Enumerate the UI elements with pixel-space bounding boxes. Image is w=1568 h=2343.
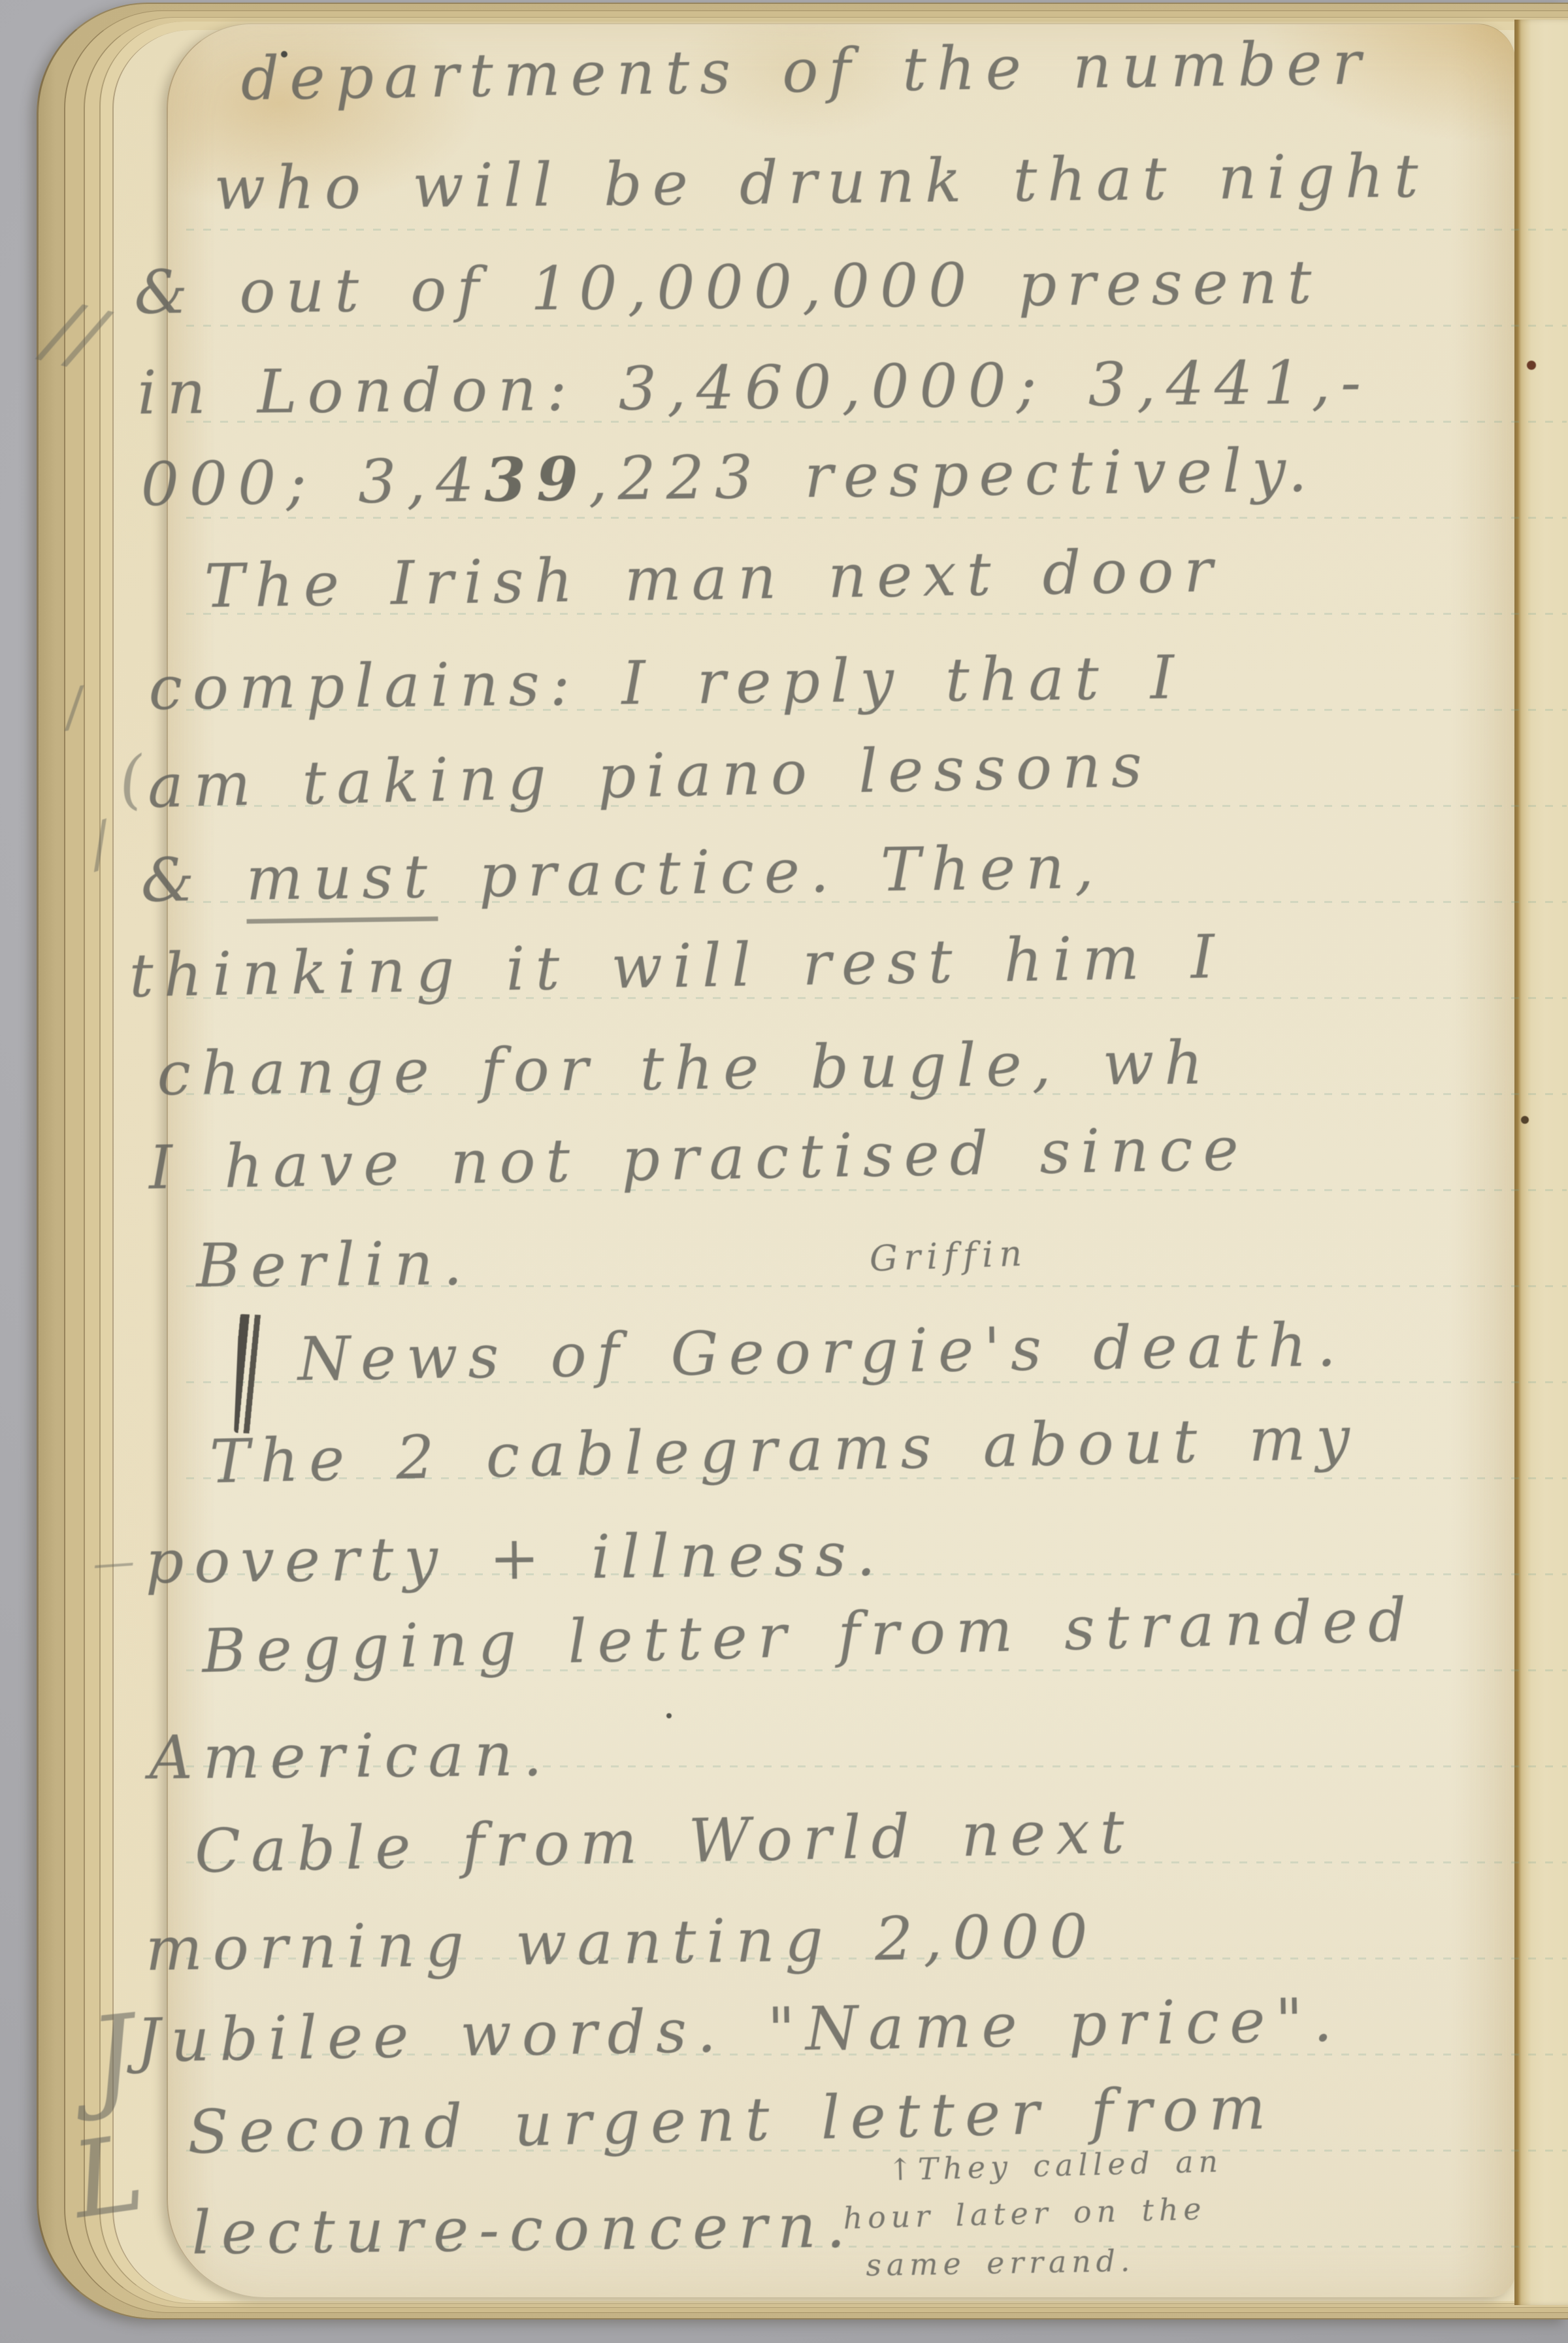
ink-speck: [1521, 1116, 1529, 1124]
handwriting-line: who will be drunk that night: [214, 146, 1429, 219]
handwriting-line: poverty + illness.: [145, 1524, 886, 1592]
handwriting-line: The Irish man next door: [204, 541, 1223, 617]
overwritten-digits: 39: [484, 444, 589, 516]
handwriting-line: & out of 10,000,000 present: [134, 252, 1322, 323]
handwriting-line: thinking it will rest him I: [129, 927, 1225, 1006]
handwriting-line: 000; 3,439,223 respectively.: [140, 440, 1318, 515]
adjacent-page-edge: [1514, 20, 1568, 2305]
paragraph-mark: [234, 1314, 269, 1434]
text-segment: 000; 3,4: [140, 446, 485, 519]
interlinear-note: ↑They called an: [887, 2146, 1223, 2185]
ruled-line: [186, 229, 1567, 231]
notebook-photo: ///(/—JL departments of the numberwho wi…: [0, 0, 1568, 2343]
text-segment: ,223 respectively.: [588, 435, 1318, 514]
handwriting-line: Berlin.: [196, 1234, 473, 1296]
interlinear-note: same errand.: [866, 2246, 1135, 2280]
ink-speck: [281, 51, 287, 57]
interlinear-note: Griffin: [869, 1236, 1028, 1277]
margin-stroke-fragment: L: [66, 2120, 149, 2233]
handwriting-line: News of Georgie's death.: [297, 1315, 1347, 1390]
text-segment: &: [140, 844, 246, 915]
handwriting-line: lecture-concern.: [191, 2196, 856, 2263]
handwriting-line: I have not practised since: [148, 1119, 1249, 1198]
handwriting-line: departments of the number: [240, 33, 1371, 109]
handwriting-line: morning wanting 2,000: [145, 1907, 1098, 1980]
text-segment: practice. Then,: [437, 832, 1104, 911]
handwriting-line: change for the bugle, wh: [157, 1033, 1213, 1104]
ink-speck: [1527, 361, 1536, 370]
interlinear-note: hour later on the: [843, 2193, 1207, 2233]
handwriting-line: American.: [149, 1725, 553, 1788]
ink-speck: [666, 1713, 672, 1718]
underlined-word: must: [246, 842, 438, 924]
margin-stroke-fragment: —: [91, 1541, 136, 1585]
handwriting-line: in London: 3,460,000; 3,441,-: [137, 353, 1371, 423]
handwriting-line: complains: I reply that I: [148, 647, 1184, 719]
handwriting-line: & must practice. Then,: [140, 837, 1104, 911]
ruled-line: [186, 517, 1567, 519]
